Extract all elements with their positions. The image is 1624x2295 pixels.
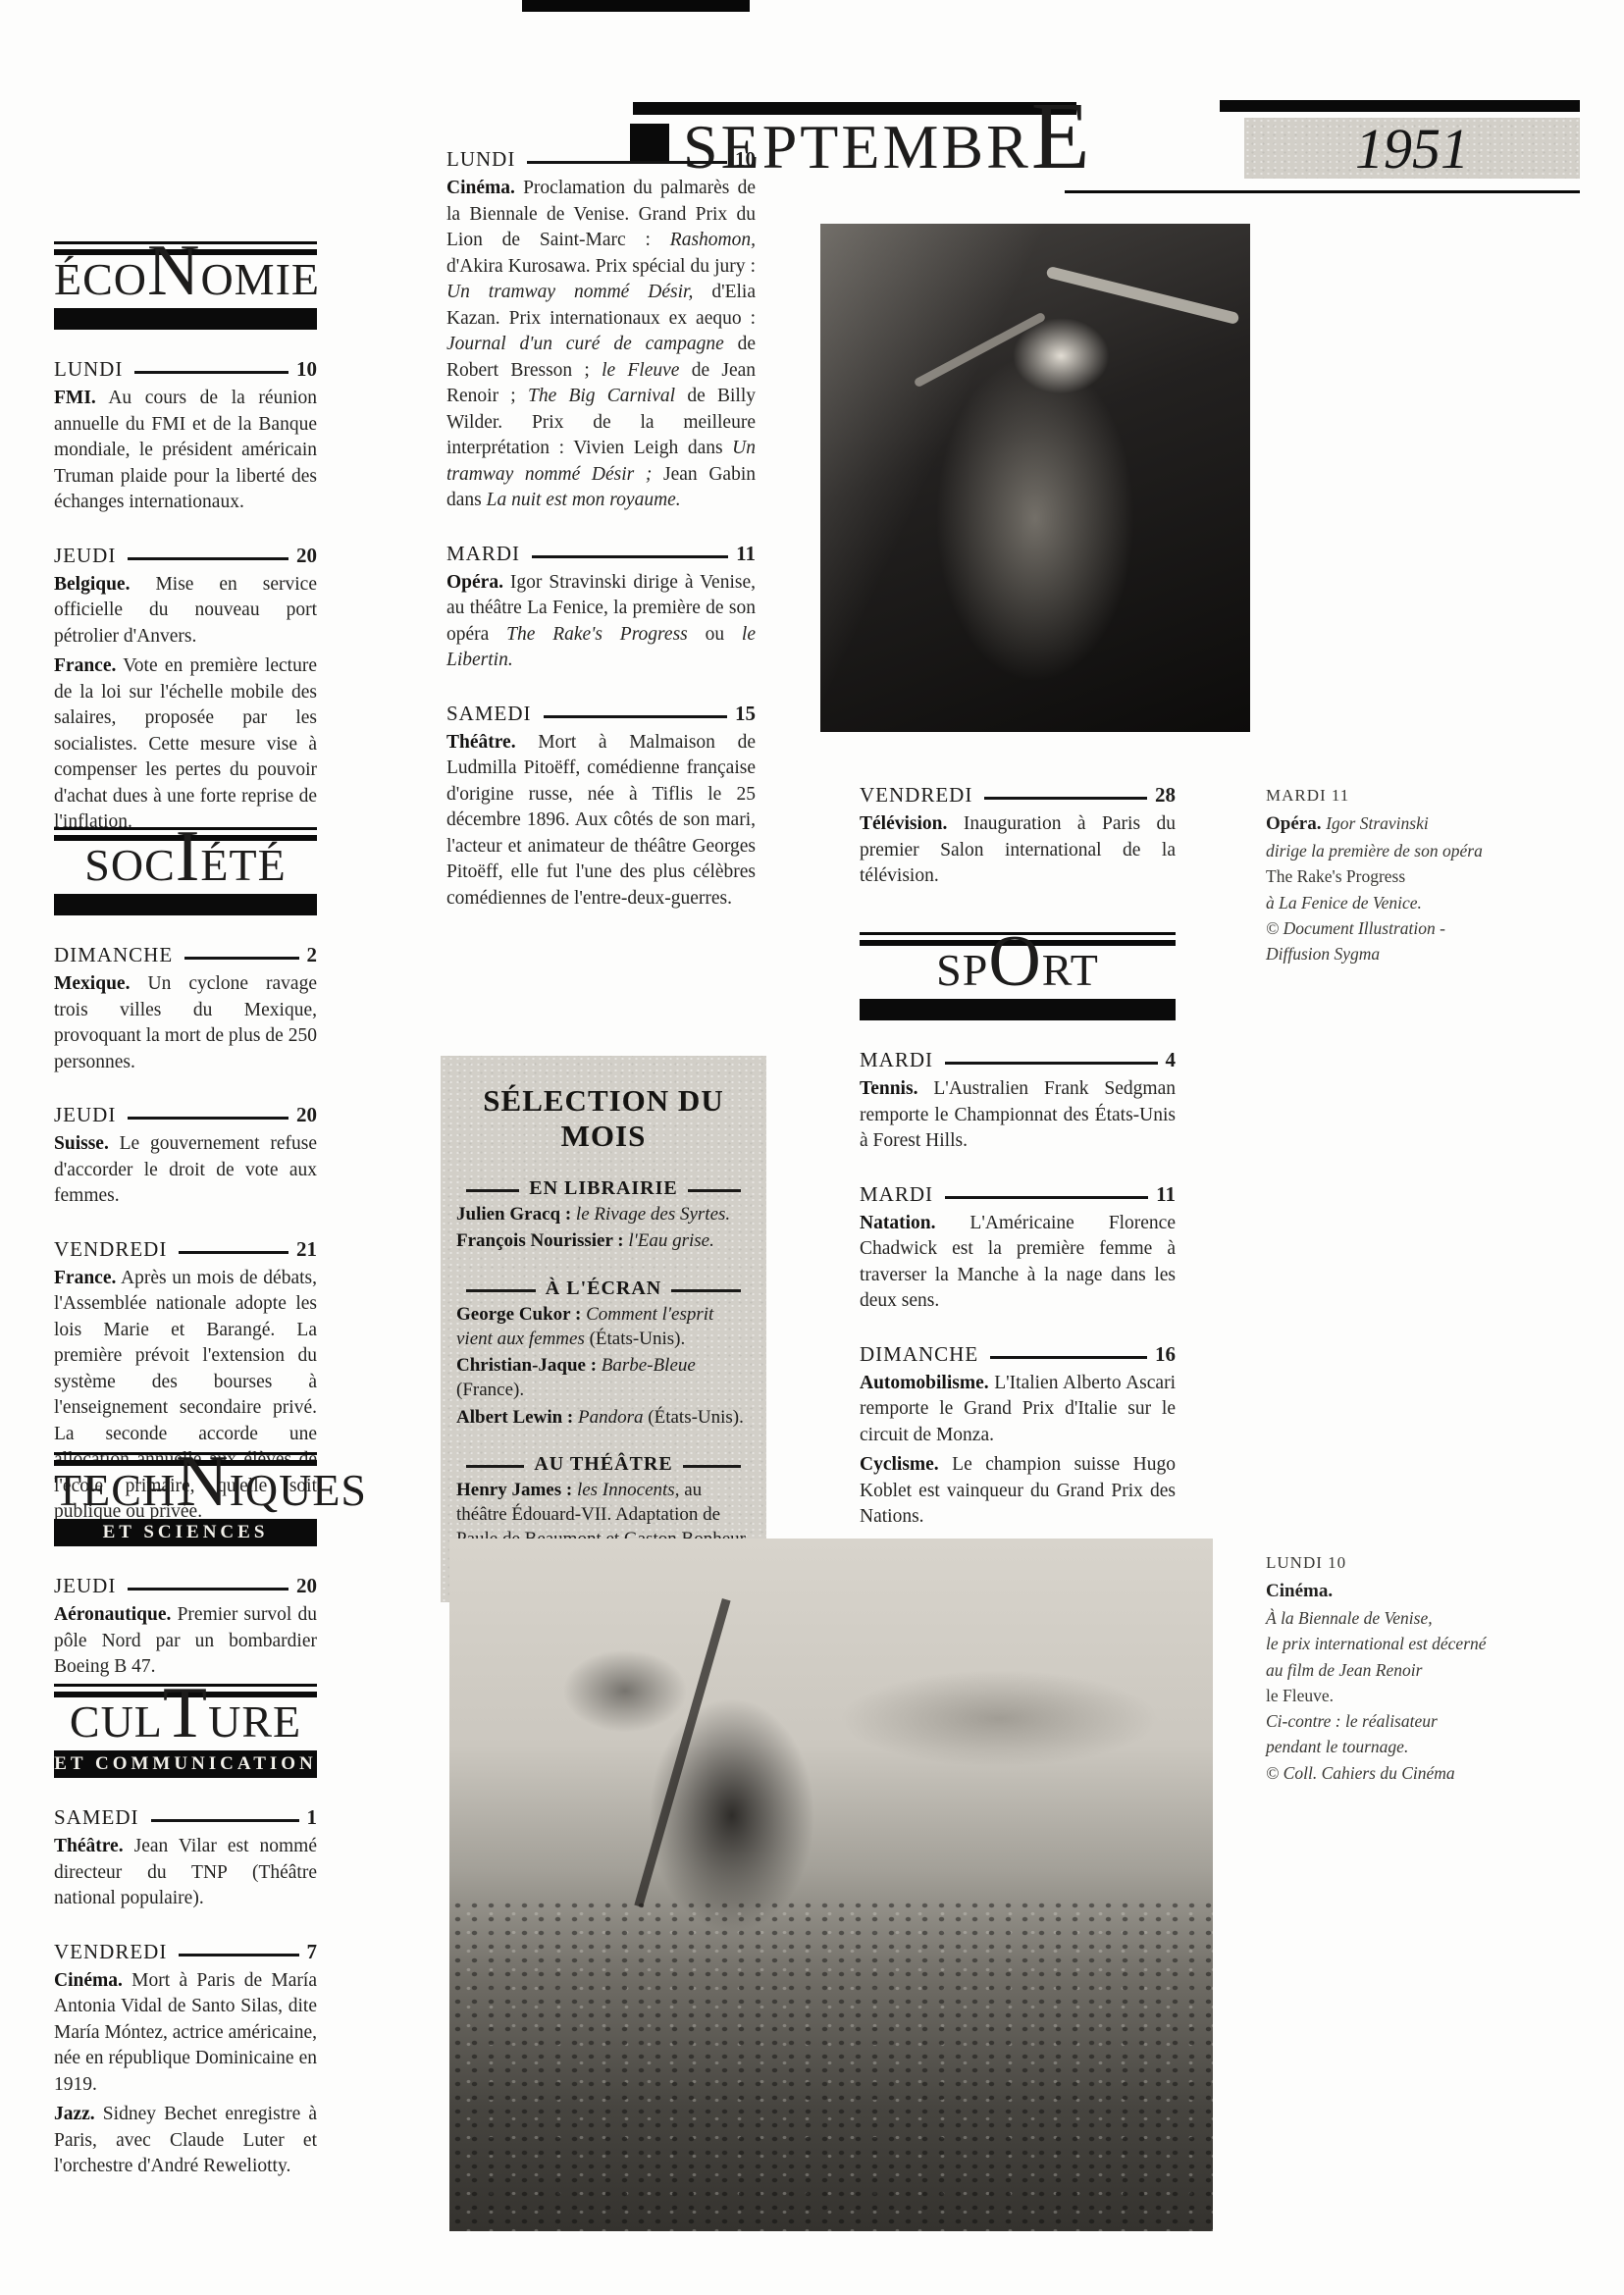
title-part: RT (1042, 945, 1099, 995)
entry-date-row: SAMEDI15 (446, 702, 756, 726)
title-big-letter: N (147, 231, 200, 311)
title-part: CUL (70, 1696, 163, 1747)
text-segment: FMI. (54, 388, 96, 408)
entry-day-number: 2 (307, 943, 318, 967)
event-entry: MARDI11Natation. L'Américaine Florence C… (860, 1182, 1176, 1315)
entry-day-label: MARDI (860, 1182, 933, 1207)
selection-group-heading: AU THÉÂTRE (456, 1453, 751, 1476)
caption-line: pendant le tournage. (1266, 1734, 1607, 1759)
entry-day-number: 11 (1156, 1182, 1176, 1207)
text-segment: Jazz. (54, 2104, 95, 2124)
text-segment: France. (54, 1268, 116, 1288)
caption-line: le Fleuve. (1266, 1683, 1607, 1708)
selection-du-mois-box: SÉLECTION DU MOIS EN LIBRAIRIEJulien Gra… (441, 1056, 766, 1602)
entry-rule (134, 371, 288, 374)
text-segment: Suisse. (54, 1133, 109, 1154)
section-title-bar (54, 894, 317, 915)
entry-paragraph: Théâtre. Mort à Malmaison de Ludmilla Pi… (446, 730, 756, 913)
selection-group: EN LIBRAIRIEJulien Gracq : le Rivage des… (456, 1177, 751, 1254)
section-title: CULTURE (70, 1699, 301, 1745)
entry-paragraph: Belgique. Mise en service officielle du … (54, 572, 317, 651)
entry-day-number: 20 (296, 1103, 317, 1127)
entry-day-number: 11 (736, 542, 756, 566)
section-title-bar (54, 308, 317, 330)
entry-rule (544, 715, 727, 718)
text-segment: Automobilisme. (860, 1373, 989, 1393)
entry-paragraph: Théâtre. Jean Vilar est nommé directeur … (54, 1834, 317, 1912)
photo-caption-opera: MARDI 11Opéra. Igor Stravinskidirige la … (1266, 783, 1590, 966)
section-heading: SOCIÉTÉ (54, 827, 317, 915)
selection-group-title: AU THÉÂTRE (534, 1453, 672, 1476)
entry-day-label: VENDREDI (54, 1940, 167, 1964)
entry-date-row: MARDI11 (860, 1182, 1176, 1207)
event-entry: MARDI4Tennis. L'Australien Frank Sedgman… (860, 1048, 1176, 1155)
entry-day-number: 21 (296, 1237, 317, 1262)
event-entry: JEUDI20Belgique. Mise en service officie… (54, 544, 317, 836)
entry-paragraph: Suisse. Le gouvernement refuse d'accorde… (54, 1131, 317, 1210)
entry-paragraph: Cinéma. Mort à Paris de María Antonia Vi… (54, 1968, 317, 2099)
text-segment: d'Akira Kurosawa. Prix spécial du jury : (446, 256, 756, 277)
heading-line (466, 1189, 519, 1192)
entry-date-row: LUNDI10 (446, 147, 756, 172)
selection-group-title: À L'ÉCRAN (546, 1278, 661, 1300)
text-segment: Mexique. (54, 973, 130, 994)
text-segment: Opéra. (446, 572, 503, 593)
event-entry: JEUDI20Suisse. Le gouvernement refuse d'… (54, 1103, 317, 1210)
section-heading: ÉCONOMIE (54, 241, 317, 330)
text-segment: Aéronautique. (54, 1604, 171, 1625)
section-sport: SPORTMARDI4Tennis. L'Australien Frank Se… (860, 932, 1176, 1531)
section-title-bar (860, 999, 1176, 1020)
title-part: ÉCO (54, 254, 147, 304)
year-top-rule (1220, 100, 1580, 112)
title-big-letter: I (176, 816, 201, 897)
entry-paragraph: Télévision. Inauguration à Paris du prem… (860, 811, 1176, 890)
caption-line: Diffusion Sygma (1266, 941, 1590, 966)
event-entry: SAMEDI15Théâtre. Mort à Malmaison de Lud… (446, 702, 756, 913)
text-segment: Tennis. (860, 1078, 917, 1099)
entry-rule (945, 1196, 1148, 1199)
television-entry-block: VENDREDI28Télévision. Inauguration à Par… (860, 783, 1176, 890)
entry-day-label: MARDI (446, 542, 520, 566)
entry-rule (179, 1954, 298, 1956)
selection-item: George Cukor : Comment l'esprit vient au… (456, 1302, 751, 1352)
entry-day-number: 28 (1155, 783, 1176, 808)
text-segment: (États-Unis). (644, 1407, 744, 1428)
title-part: IQUES (230, 1465, 367, 1515)
section-heading: CULTUREET COMMUNICATION (54, 1684, 317, 1778)
event-entry: SAMEDI1Théâtre. Jean Vilar est nommé dir… (54, 1805, 317, 1912)
event-entry: VENDREDI7Cinéma. Mort à Paris de María A… (54, 1940, 317, 2180)
entry-rule (984, 797, 1147, 800)
title-part: URE (208, 1696, 301, 1747)
caption-line: © Document Illustration - (1266, 915, 1590, 941)
text-segment: Barbe-Bleue (597, 1355, 696, 1376)
selection-group-title: EN LIBRAIRIE (529, 1177, 677, 1200)
section-economie: ÉCONOMIELUNDI10FMI. Au cours de la réuni… (54, 241, 317, 836)
entry-date-row: JEUDI20 (54, 1103, 317, 1127)
heading-line (671, 1289, 741, 1292)
selection-group-heading: EN LIBRAIRIE (456, 1177, 751, 1200)
entry-day-number: 1 (307, 1805, 318, 1830)
text-segment: © Document Illustration - (1266, 918, 1445, 938)
photo-film-set-crowd (449, 1539, 1213, 2231)
text-segment: © Coll. Cahiers du Cinéma (1266, 1763, 1455, 1783)
selection-item: Christian-Jaque : Barbe-Bleue (France). (456, 1353, 751, 1403)
caption-line: le prix international est décerné (1266, 1631, 1607, 1656)
text-segment: pendant le tournage. (1266, 1737, 1408, 1756)
entry-day-label: DIMANCHE (860, 1342, 978, 1367)
text-segment: Vote en première lecture de la loi sur l… (54, 655, 317, 832)
heading-line (466, 1289, 536, 1292)
year-badge: 1951 (1244, 118, 1580, 179)
title-part: ÉTÉ (200, 840, 286, 890)
title-part: SOC (84, 840, 175, 890)
entry-date-row: DIMANCHE16 (860, 1342, 1176, 1367)
title-part: SP (936, 945, 988, 995)
entry-rule (128, 557, 288, 560)
title-part: TECH (54, 1465, 176, 1515)
text-segment: le Rivage des Syrtes. (571, 1204, 730, 1225)
year-bottom-rule (1065, 190, 1580, 193)
section-techniques: TECHNIQUESET SCIENCESJEUDI20Aéronautique… (54, 1452, 317, 1681)
section-title-bar: ET SCIENCES (54, 1519, 317, 1546)
selection-groups: EN LIBRAIRIEJulien Gracq : le Rivage des… (456, 1177, 751, 1577)
entry-rule (128, 1588, 288, 1591)
text-segment: Julien Gracq : (456, 1204, 571, 1225)
year-text: 1951 (1355, 116, 1469, 182)
entry-rule (151, 1819, 299, 1822)
entry-day-label: VENDREDI (860, 783, 972, 808)
text-segment: Opéra. (1266, 813, 1326, 834)
caption-line: à La Fenice de Venice. (1266, 890, 1590, 915)
text-segment: Cinéma. (54, 1970, 123, 1991)
text-segment: Rashomon, (670, 230, 756, 250)
text-segment: le Fleuve (602, 360, 679, 381)
caption-line: Cinéma. (1266, 1578, 1607, 1606)
event-entry: JEUDI20Aéronautique. Premier survol du p… (54, 1574, 317, 1681)
selection-group-heading: À L'ÉCRAN (456, 1278, 751, 1300)
text-segment: Journal d'un curé de campagne (446, 334, 724, 354)
entry-date-row: VENDREDI7 (54, 1940, 317, 1964)
text-segment: Natation. (860, 1213, 935, 1233)
caption-line: Opéra. Igor Stravinski (1266, 810, 1590, 839)
top-edge-mark (522, 0, 750, 12)
text-segment: Diffusion Sygma (1266, 944, 1380, 964)
event-entry: VENDREDI28Télévision. Inauguration à Par… (860, 783, 1176, 890)
text-segment: Pandora (573, 1407, 643, 1428)
title-big-letter: O (988, 921, 1041, 1002)
text-segment: Cinéma. (446, 178, 515, 198)
entry-day-label: LUNDI (54, 357, 123, 382)
entry-day-number: 16 (1155, 1342, 1176, 1367)
event-entry: LUNDI10FMI. Au cours de la réunion annue… (54, 357, 317, 516)
entry-day-label: MARDI (860, 1048, 933, 1072)
entry-paragraph: Natation. L'Américaine Florence Chadwick… (860, 1211, 1176, 1315)
heading-line (688, 1189, 741, 1192)
title-part: OMIE (200, 254, 320, 304)
entry-day-number: 7 (307, 1940, 318, 1964)
event-entry: MARDI11Opéra. Igor Stravinski dirige à V… (446, 542, 756, 674)
text-segment: ou (688, 624, 742, 645)
heading-line (466, 1465, 524, 1468)
text-segment: France. (54, 655, 116, 676)
entry-day-number: 10 (296, 357, 317, 382)
caption-line: À la Biennale de Venise, (1266, 1605, 1607, 1631)
caption-line: © Coll. Cahiers du Cinéma (1266, 1760, 1607, 1786)
caption-line: Ci-contre : le réalisateur (1266, 1708, 1607, 1734)
text-segment: les Innocents (572, 1480, 674, 1500)
section-title: SPORT (936, 948, 1099, 993)
entry-paragraph: FMI. Au cours de la réunion annuelle du … (54, 386, 317, 516)
text-segment: Henry James : (456, 1480, 572, 1500)
entry-day-number: 15 (735, 702, 756, 726)
section-heading: SPORT (860, 932, 1176, 1020)
photo-caption-cinema: LUNDI 10Cinéma.À la Biennale de Venise,l… (1266, 1550, 1607, 1786)
entry-day-number: 20 (296, 544, 317, 568)
text-segment: George Cukor : (456, 1304, 581, 1325)
section-culture: CULTUREET COMMUNICATIONSAMEDI1Théâtre. J… (54, 1684, 317, 2180)
entry-date-row: SAMEDI1 (54, 1805, 317, 1830)
entry-date-row: MARDI11 (446, 542, 756, 566)
text-segment: Mort à Malmaison de Ludmilla Pitoëff, co… (446, 732, 756, 909)
entry-day-number: 4 (1166, 1048, 1177, 1072)
entry-paragraph: Tennis. L'Australien Frank Sedgman rempo… (860, 1076, 1176, 1155)
entry-rule (128, 1117, 288, 1120)
photo-stravinsky-conducting (820, 224, 1250, 732)
entry-date-row: JEUDI20 (54, 544, 317, 568)
section-title: ÉCONOMIE (54, 257, 320, 302)
entry-rule (945, 1062, 1157, 1065)
entry-date-row: VENDREDI21 (54, 1237, 317, 1262)
section-title: SOCIÉTÉ (84, 843, 286, 888)
text-segment: dirige la première de son opéra (1266, 841, 1483, 861)
text-segment: (France). (456, 1380, 524, 1400)
text-segment: La nuit est mon royaume. (487, 490, 681, 510)
caption-day: LUNDI 10 (1266, 1550, 1607, 1576)
text-segment: À la Biennale de Venise, (1266, 1608, 1433, 1628)
entry-date-row: VENDREDI28 (860, 783, 1176, 808)
month-title-big-letter: E (1031, 83, 1090, 189)
caption-line: dirige la première de son opéra (1266, 838, 1590, 863)
event-entry: DIMANCHE16Automobilisme. L'Italien Alber… (860, 1342, 1176, 1531)
entry-paragraph: Automobilisme. L'Italien Alberto Ascari … (860, 1371, 1176, 1449)
selection-group: À L'ÉCRANGeorge Cukor : Comment l'esprit… (456, 1278, 751, 1430)
entry-day-label: LUNDI (446, 147, 515, 172)
event-entry: DIMANCHE2Mexique. Un cyclone ravage troi… (54, 943, 317, 1075)
text-segment: Albert Lewin : (456, 1407, 573, 1428)
entry-date-row: MARDI4 (860, 1048, 1176, 1072)
text-segment: Belgique. (54, 574, 130, 595)
caption-day: MARDI 11 (1266, 783, 1590, 808)
text-segment: au film de Jean Renoir (1266, 1660, 1422, 1680)
entry-day-label: JEUDI (54, 544, 116, 568)
entry-paragraph: Jazz. Sidney Bechet enregistre à Paris, … (54, 2102, 317, 2180)
selection-item: Julien Gracq : le Rivage des Syrtes. (456, 1202, 751, 1226)
text-segment: (États-Unis). (585, 1329, 685, 1349)
entry-day-number: 20 (296, 1574, 317, 1598)
entry-day-number: 10 (735, 147, 756, 172)
caption-line: The Rake's Progress (1266, 863, 1590, 889)
selection-item: François Nourissier : l'Eau grise. (456, 1228, 751, 1253)
entry-rule (527, 161, 727, 164)
text-segment: Théâtre. (446, 732, 516, 753)
text-segment: Cinéma. (1266, 1581, 1333, 1601)
entry-rule (990, 1356, 1147, 1359)
text-segment: François Nourissier : (456, 1230, 624, 1251)
entry-day-label: DIMANCHE (54, 943, 173, 967)
entry-rule (532, 555, 728, 558)
entry-paragraph: Aéronautique. Premier survol du pôle Nor… (54, 1602, 317, 1681)
text-segment: Télévision. (860, 813, 947, 834)
entry-rule (179, 1251, 288, 1254)
entry-day-label: SAMEDI (446, 702, 532, 726)
entry-date-row: DIMANCHE2 (54, 943, 317, 967)
text-segment: l'Eau grise. (624, 1230, 714, 1251)
text-segment: Christian-Jaque : (456, 1355, 597, 1376)
almanac-page: SEPTEMBRE 1951 ÉCONOMIELUNDI10FMI. Au co… (0, 0, 1624, 2295)
text-segment: Cyclisme. (860, 1454, 939, 1475)
event-entry: LUNDI10Cinéma. Proclamation du palmarès … (446, 147, 756, 514)
selection-title: SÉLECTION DU MOIS (456, 1083, 751, 1154)
text-segment: Ci-contre : le réalisateur (1266, 1711, 1438, 1731)
section-heading: TECHNIQUESET SCIENCES (54, 1452, 317, 1546)
title-big-letter: T (163, 1673, 208, 1753)
entry-date-row: LUNDI10 (54, 357, 317, 382)
section-title: TECHNIQUES (54, 1468, 367, 1513)
text-segment: The Rake's Progress (506, 624, 688, 645)
selection-item: Albert Lewin : Pandora (États-Unis). (456, 1405, 751, 1430)
section-title-bar: ET COMMUNICATION (54, 1750, 317, 1778)
entry-date-row: JEUDI20 (54, 1574, 317, 1598)
entry-day-label: JEUDI (54, 1103, 116, 1127)
middle-column-entries: LUNDI10Cinéma. Proclamation du palmarès … (446, 147, 756, 912)
text-segment: à La Fenice de Venice. (1266, 893, 1422, 913)
entry-day-label: JEUDI (54, 1574, 116, 1598)
text-segment: The Rake's Progress (1266, 866, 1405, 886)
entry-paragraph: Cyclisme. Le champion suisse Hugo Koblet… (860, 1452, 1176, 1531)
caption-line: au film de Jean Renoir (1266, 1657, 1607, 1683)
text-segment: le prix international est décerné (1266, 1634, 1487, 1653)
entry-day-label: SAMEDI (54, 1805, 139, 1830)
text-segment: Igor Stravinski (1326, 813, 1429, 833)
title-big-letter: N (176, 1441, 229, 1522)
entry-paragraph: France. Vote en première lecture de la l… (54, 653, 317, 836)
text-segment: Théâtre. (54, 1836, 124, 1856)
entry-paragraph: Opéra. Igor Stravinski dirige à Venise, … (446, 570, 756, 674)
text-segment: Un tramway nommé Désir, (446, 282, 693, 302)
text-segment: le Fleuve. (1266, 1686, 1334, 1705)
entry-rule (184, 957, 298, 960)
entry-paragraph: Mexique. Un cyclone ravage trois villes … (54, 971, 317, 1075)
entry-paragraph: Cinéma. Proclamation du palmarès de la B… (446, 176, 756, 514)
section-societe: SOCIÉTÉDIMANCHE2Mexique. Un cyclone rava… (54, 827, 317, 1526)
entry-day-label: VENDREDI (54, 1237, 167, 1262)
text-segment: The Big Carnival (528, 386, 675, 406)
heading-line (683, 1465, 741, 1468)
